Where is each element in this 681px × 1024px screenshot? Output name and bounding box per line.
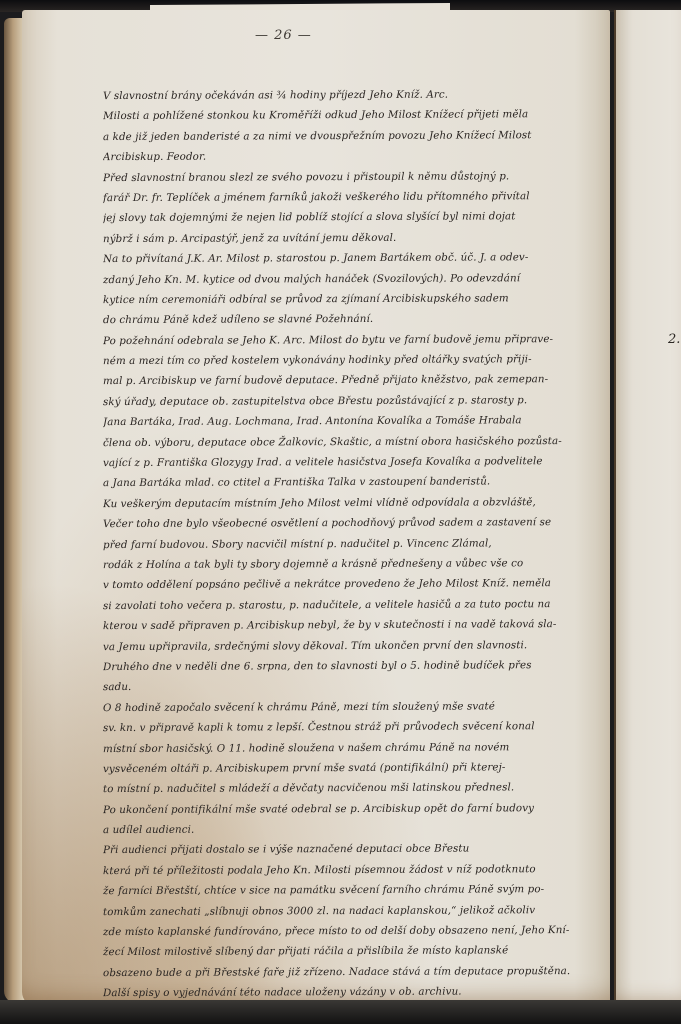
text-line: Při audienci přijati dostalo se i výše n…: [103, 838, 608, 861]
page-number: — 26 —: [255, 28, 312, 43]
text-line: vysvěceném oltáři p. Arcibiskupem první …: [103, 757, 608, 780]
text-line: Arcibiskup. Feodor.: [103, 145, 608, 168]
text-line: Na to přivítaná J.K. Ar. Milost p. staro…: [103, 247, 608, 270]
text-line: žecí Milost milostivě slíbený dar přijat…: [103, 940, 608, 963]
text-line: ném a mezi tím co před kostelem vykonává…: [103, 349, 608, 372]
text-line: farář Dr. fr. Teplíček a jménem farníků …: [103, 186, 608, 209]
text-line: Po požehnání odebrala se Jeho K. Arc. Mi…: [103, 329, 608, 352]
text-line: Milosti a pohlížené stonkou ku Kroměříži…: [103, 104, 608, 127]
text-line: sadu.: [103, 675, 608, 698]
text-line: a Jana Bartáka mlad. co ctitel a Františ…: [103, 471, 608, 494]
text-line: tomkům zanechati „slíbnuji obnos 3000 zl…: [103, 900, 608, 923]
text-line: obsazeno bude a při Břestské faře již zř…: [103, 961, 608, 984]
text-line: jej slovy tak dojemnými že nejen lid pob…: [103, 206, 608, 229]
text-line: rodák z Holína a tak byli ty sbory dojem…: [103, 553, 608, 576]
text-line: sv. kn. v připravě kapli k tomu z lepší.…: [103, 716, 608, 739]
text-line: vající z p. Františka Glozygy Irad. a ve…: [103, 451, 608, 474]
text-line: zde místo kaplanské fundírováno, přece m…: [103, 920, 608, 943]
right-page: 2.: [614, 10, 681, 1006]
text-line: V slavnostní brány očekáván asi ¾ hodiny…: [103, 84, 608, 107]
text-line: před farní budovou. Sbory nacvičil místn…: [103, 532, 608, 555]
manuscript-scan: 2. — 26 — V slavnostní brány očekáván as…: [0, 0, 681, 1024]
text-line: ský úřady, deputace ob. zastupitelstva o…: [103, 390, 608, 413]
text-line: to místní p. nadučitel s mládeží a děvča…: [103, 777, 608, 800]
text-line: do chrámu Páně kdež udíleno se slavné Po…: [103, 308, 608, 331]
text-line: mal p. Arcibiskup ve farní budově deputa…: [103, 369, 608, 392]
text-line: že farníci Břestští, chtíce v sice na pa…: [103, 879, 608, 902]
text-line: a udílel audienci.: [103, 818, 608, 841]
scanner-backdrop-bottom: [0, 1000, 681, 1024]
text-line: nýbrž i sám p. Arcipastýř, jenž za uvítá…: [103, 227, 608, 250]
text-line: si zavolati toho večera p. starostu, p. …: [103, 594, 608, 617]
text-line: Večer toho dne bylo všeobecné osvětlení …: [103, 512, 608, 535]
text-line: va Jemu upřipravila, srdečnými slovy děk…: [103, 634, 608, 657]
text-line: Ku veškerým deputacím místním Jeho Milos…: [103, 492, 608, 515]
text-line: a kde již jeden banderisté a za nimi ve …: [103, 125, 608, 148]
text-line: kytice ním ceremoniáři odbíral se průvod…: [103, 288, 608, 311]
text-line: místní sbor hasičský. O 11. hodině slouž…: [103, 736, 608, 759]
text-line: kterou v sadě připraven p. Arcibiskup ne…: [103, 614, 608, 637]
text-line: v tomto oddělení popsáno pečlivě a nekrá…: [103, 573, 608, 596]
text-line: zdaný Jeho Kn. M. kytice od dvou malých …: [103, 267, 608, 290]
text-line: O 8 hodině započalo svěcení k chrámu Pán…: [103, 696, 608, 719]
text-line: Před slavnostní branou slezl ze svého po…: [103, 165, 608, 188]
text-line: Jana Bartáka, Irad. Aug. Lochmana, Irad.…: [103, 410, 608, 433]
manuscript-text: V slavnostní brány očekáván asi ¾ hodiny…: [103, 85, 608, 1023]
text-line: Druhého dne v neděli dne 6. srpna, den t…: [103, 655, 608, 678]
text-line: člena ob. výboru, deputace obce Žalkovic…: [103, 431, 608, 454]
facing-page-marker: 2.: [668, 332, 680, 347]
text-line: Po ukončení pontifikální mše svaté odebr…: [103, 798, 608, 821]
text-line: která při té příležitosti podala Jeho Kn…: [103, 859, 608, 882]
